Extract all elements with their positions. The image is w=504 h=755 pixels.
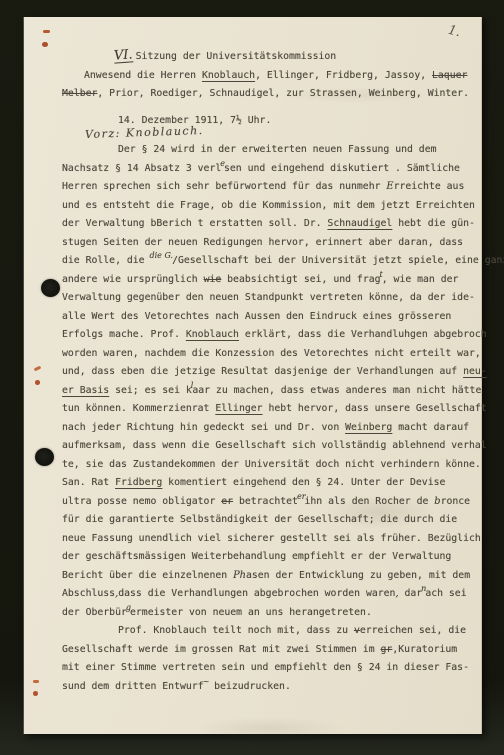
typed-segment: tun können. Kommerzienrat: [62, 403, 215, 414]
typed-segment: aufmerksam, dass wenn die Gesellschaft s…: [62, 440, 487, 451]
page-number: 1.: [446, 23, 462, 41]
handwritten-note-line: Vorz: Knoblauch.: [85, 126, 482, 141]
handwritten-correction: Vorz: Knoblauch.: [85, 124, 204, 141]
typed-segment: Gesellschaft werde im grossen Rat mit zw…: [62, 644, 381, 655]
typed-segment: ermeister von neuem an uns herangetreten…: [130, 607, 372, 618]
typed-line: San. Rat Fridberg komentiert eingehend d…: [62, 474, 482, 493]
typed-segment: der Oberbür: [62, 607, 127, 618]
underlined-name: er Basis: [62, 385, 109, 396]
typed-segment: sen und eingehend diskutiert . Sämtliche: [224, 163, 460, 174]
typed-line: alle Wert des Vetorechtes nach Aussen de…: [62, 308, 482, 327]
typed-line: der Verwaltung bBerich t erstatten soll.…: [62, 215, 482, 234]
hole-punch-top: [41, 279, 60, 297]
typed-segment: ronce: [441, 496, 471, 507]
typed-segment: Der § 24 wird in der erweiterten neuen F…: [118, 144, 437, 155]
hole-punch-bottom: [35, 448, 54, 466]
typed-segment: ach sei: [425, 588, 466, 599]
typed-line: aufmerksam, dass wenn die Gesellschaft s…: [62, 437, 482, 456]
typed-line: Nachsatz § 14 Absatz 3 verlesen und eing…: [62, 160, 482, 179]
typed-segment: hebt die gün-: [392, 218, 475, 229]
handwritten-correction: E: [386, 181, 393, 192]
document-photo: 1. VI.Sitzung der Universitätskommission…: [0, 0, 504, 755]
typed-segment: , Prior, Roediger, Schnaudigel, zur Stra…: [97, 88, 469, 99]
underlined-name: Schnaudigel: [327, 218, 392, 229]
red-margin-dot: [33, 691, 38, 696]
handwritten-correction: t: [380, 270, 383, 279]
typed-segment: neue Fassung unendlich viel sicherer ges…: [62, 533, 481, 544]
struck-through-text: gr: [381, 644, 393, 655]
struck-through-text: er: [221, 496, 233, 507]
typed-segment: aar zu machen, dass etwas anderes man ni…: [192, 385, 481, 396]
typed-segment: Erfolgs mache. Prof.: [62, 329, 186, 340]
typed-line: Abschluss,dass die Verhandlungen abgebro…: [62, 585, 482, 604]
typed-line: Prof. Knoblauch teilt noch mit, dass zu …: [118, 622, 482, 641]
typed-segment: Abschluss: [62, 588, 115, 599]
typed-segment: /Gesellschaft bei der Universität jetzt …: [172, 255, 504, 266]
red-margin-dot: [35, 380, 40, 385]
typed-segment: die Rolle, die: [62, 255, 150, 266]
typed-segment: der geschäftsmässigen Weiterbehandlung e…: [62, 551, 451, 562]
underlined-name: Fridberg: [115, 477, 162, 488]
typed-segment: für die garantierte Selbständigkeit der …: [62, 514, 457, 525]
typed-segment: beabsichtigt sei, und frag: [221, 274, 380, 285]
typed-segment: asen der Entwicklung zu geben, mit dem: [246, 570, 470, 581]
typed-line: worden waren, nachdem die Konzession des…: [62, 345, 482, 364]
typed-segment: ihn als den Rocher de: [305, 496, 435, 507]
typed-line: Herren sprechen sich sehr befürwortend f…: [62, 178, 482, 197]
typed-line: die Rolle, die die G./Gesellschaft bei d…: [62, 252, 482, 271]
typed-segment: Anwesend die Herren: [84, 70, 202, 81]
typed-line: VI.Sitzung der Universitätskommission: [114, 48, 482, 67]
typed-line: Gesellschaft werde im grossen Rat mit zw…: [62, 641, 482, 660]
typed-segment: erreichen sei, die: [360, 625, 466, 636]
typed-line: für die garantierte Selbständigkeit der …: [62, 511, 482, 530]
typed-line: und, dass eben die jetzige Resultat dasj…: [62, 363, 482, 382]
typed-line: tun können. Kommerzienrat Ellinger hebt …: [62, 400, 482, 419]
typed-text: VI.Sitzung der UniversitätskommissionAnw…: [62, 48, 482, 696]
typed-segment: , Ellinger, Fridberg, Jassoy,: [255, 70, 432, 81]
struck-through-text: Laquer: [432, 70, 467, 81]
typed-line: Verwaltung gegenüber den neuen Standpunk…: [62, 289, 482, 308]
typed-segment: und, dass eben die jetzige Resultat dasj…: [62, 366, 463, 377]
typed-segment: alle Wert des Vetorechtes nach Aussen de…: [62, 311, 451, 322]
underlined-name: neu-: [463, 366, 487, 377]
typed-segment: sei; es sei k: [109, 385, 192, 396]
paper-stain: [194, 717, 344, 739]
red-margin-mark: [43, 30, 50, 33]
handwritten-correction: VI.: [114, 49, 134, 63]
typed-line: und es entsteht die Frage, ob die Kommis…: [62, 197, 482, 216]
typed-segment: worden waren, nachdem die Konzession des…: [62, 348, 481, 359]
typed-line: neue Fassung unendlich viel sicherer ges…: [62, 530, 482, 549]
red-margin-mark: [33, 680, 39, 683]
typed-line: der geschäftsmässigen Weiterbehandlung e…: [62, 548, 482, 567]
handwritten-correction: Ph: [233, 570, 246, 581]
handwritten-correction: g: [126, 603, 131, 612]
typed-line: nach jeder Richtung hin gedeckt sei und …: [62, 419, 482, 438]
typed-line: der Oberbürgermeister von neuem an uns h…: [62, 604, 482, 623]
typed-segment: sund dem dritten Entwurf: [62, 681, 204, 692]
typed-segment: erklärt, dass die Verhandluhgen abgebroc…: [239, 329, 487, 340]
typed-segment: ultra posse nemo obligator: [62, 496, 221, 507]
typed-segment: komentiert eingehend den § 24. Unter der…: [162, 477, 445, 488]
typed-segment: dass die Verhandlungen abgebrochen worde…: [118, 588, 395, 599]
typed-line: te, sie das Zustandekommen der Universit…: [62, 456, 482, 475]
underlined-name: Knoblauch: [202, 70, 255, 81]
underlined-name: Weinberg: [345, 422, 392, 433]
handwritten-correction: n: [421, 584, 426, 593]
typed-segment: betrachtet: [233, 496, 298, 507]
typed-segment: , wie man der: [382, 274, 459, 285]
typed-segment: Prof. Knoblauch teilt noch mit, dass zu: [118, 625, 354, 636]
typed-segment: te, sie das Zustandekommen der Universit…: [62, 459, 481, 470]
typed-segment: der Verwaltung bBerich t erstatten soll.…: [62, 218, 327, 229]
red-margin-mark: [34, 366, 42, 372]
typed-segment: Sitzung der Universitätskommission: [136, 51, 337, 62]
red-margin-dot: [42, 42, 48, 47]
typed-segment: rreichte aus: [394, 181, 465, 192]
underlined-name: Knoblauch: [186, 329, 239, 340]
underlined-name: Ellinger: [215, 403, 262, 414]
struck-through-text: wie: [204, 274, 222, 285]
typed-line: mit einer Stimme vertreten sein und empf…: [62, 659, 482, 678]
typed-line: Anwesend die Herren Knoblauch, Ellinger,…: [84, 67, 482, 86]
typed-line: andere wie ursprünglich wie beabsichtigt…: [62, 271, 482, 290]
typed-line: Bericht über die einzelnenen Phasen der …: [62, 567, 482, 586]
paper-sheet: 1. VI.Sitzung der Universitätskommission…: [24, 17, 482, 734]
typed-segment: Verwaltung gegenüber den neuen Standpunk…: [62, 292, 475, 303]
typed-segment: ,Kuratorium: [392, 644, 457, 655]
typed-segment: dar: [399, 588, 423, 599]
handwritten-correction: e: [220, 159, 225, 168]
typed-segment: San. Rat: [62, 477, 115, 488]
typed-segment: macht darauf: [392, 422, 469, 433]
handwritten-correction: ~: [203, 677, 210, 686]
typed-line: ultra posse nemo obligator er betrachtet…: [62, 493, 482, 512]
typed-line: Melber, Prior, Roediger, Schnaudigel, zu…: [62, 85, 482, 104]
typed-segment: beizudrucken.: [208, 681, 291, 692]
typed-segment: Herren sprechen sich sehr befürwortend f…: [62, 181, 386, 192]
typed-segment: stugen Seiten der neuen Redigungen hervo…: [62, 237, 463, 248]
typed-segment: hebt hervor, dass unsere Gesellschaft: [263, 403, 487, 414]
typed-segment: andere wie ursprünglich: [62, 274, 204, 285]
struck-through-text: Melber: [62, 88, 97, 99]
typed-line: sund dem dritten Entwurf~ beizudrucken.: [62, 678, 482, 697]
typed-line: stugen Seiten der neuen Redigungen hervo…: [62, 234, 482, 253]
typed-segment: Nachsatz § 14 Absatz 3 verl: [62, 163, 221, 174]
typed-line: Der § 24 wird in der erweiterten neuen F…: [118, 141, 482, 160]
typed-segment: mit einer Stimme vertreten sein und empf…: [62, 662, 469, 673]
typed-line: Erfolgs mache. Prof. Knoblauch erklärt, …: [62, 326, 482, 345]
typed-segment: Bericht über die einzelnenen: [62, 570, 233, 581]
typed-segment: und es entsteht die Frage, ob die Kommis…: [62, 200, 475, 211]
handwritten-correction: er: [297, 492, 306, 501]
typed-segment: nach jeder Richtung hin gedeckt sei und …: [62, 422, 345, 433]
handwritten-correction: l: [191, 381, 194, 390]
handwritten-correction: die G.: [149, 251, 173, 260]
typed-line: er Basis sei; es sei klaar zu machen, da…: [62, 382, 482, 401]
